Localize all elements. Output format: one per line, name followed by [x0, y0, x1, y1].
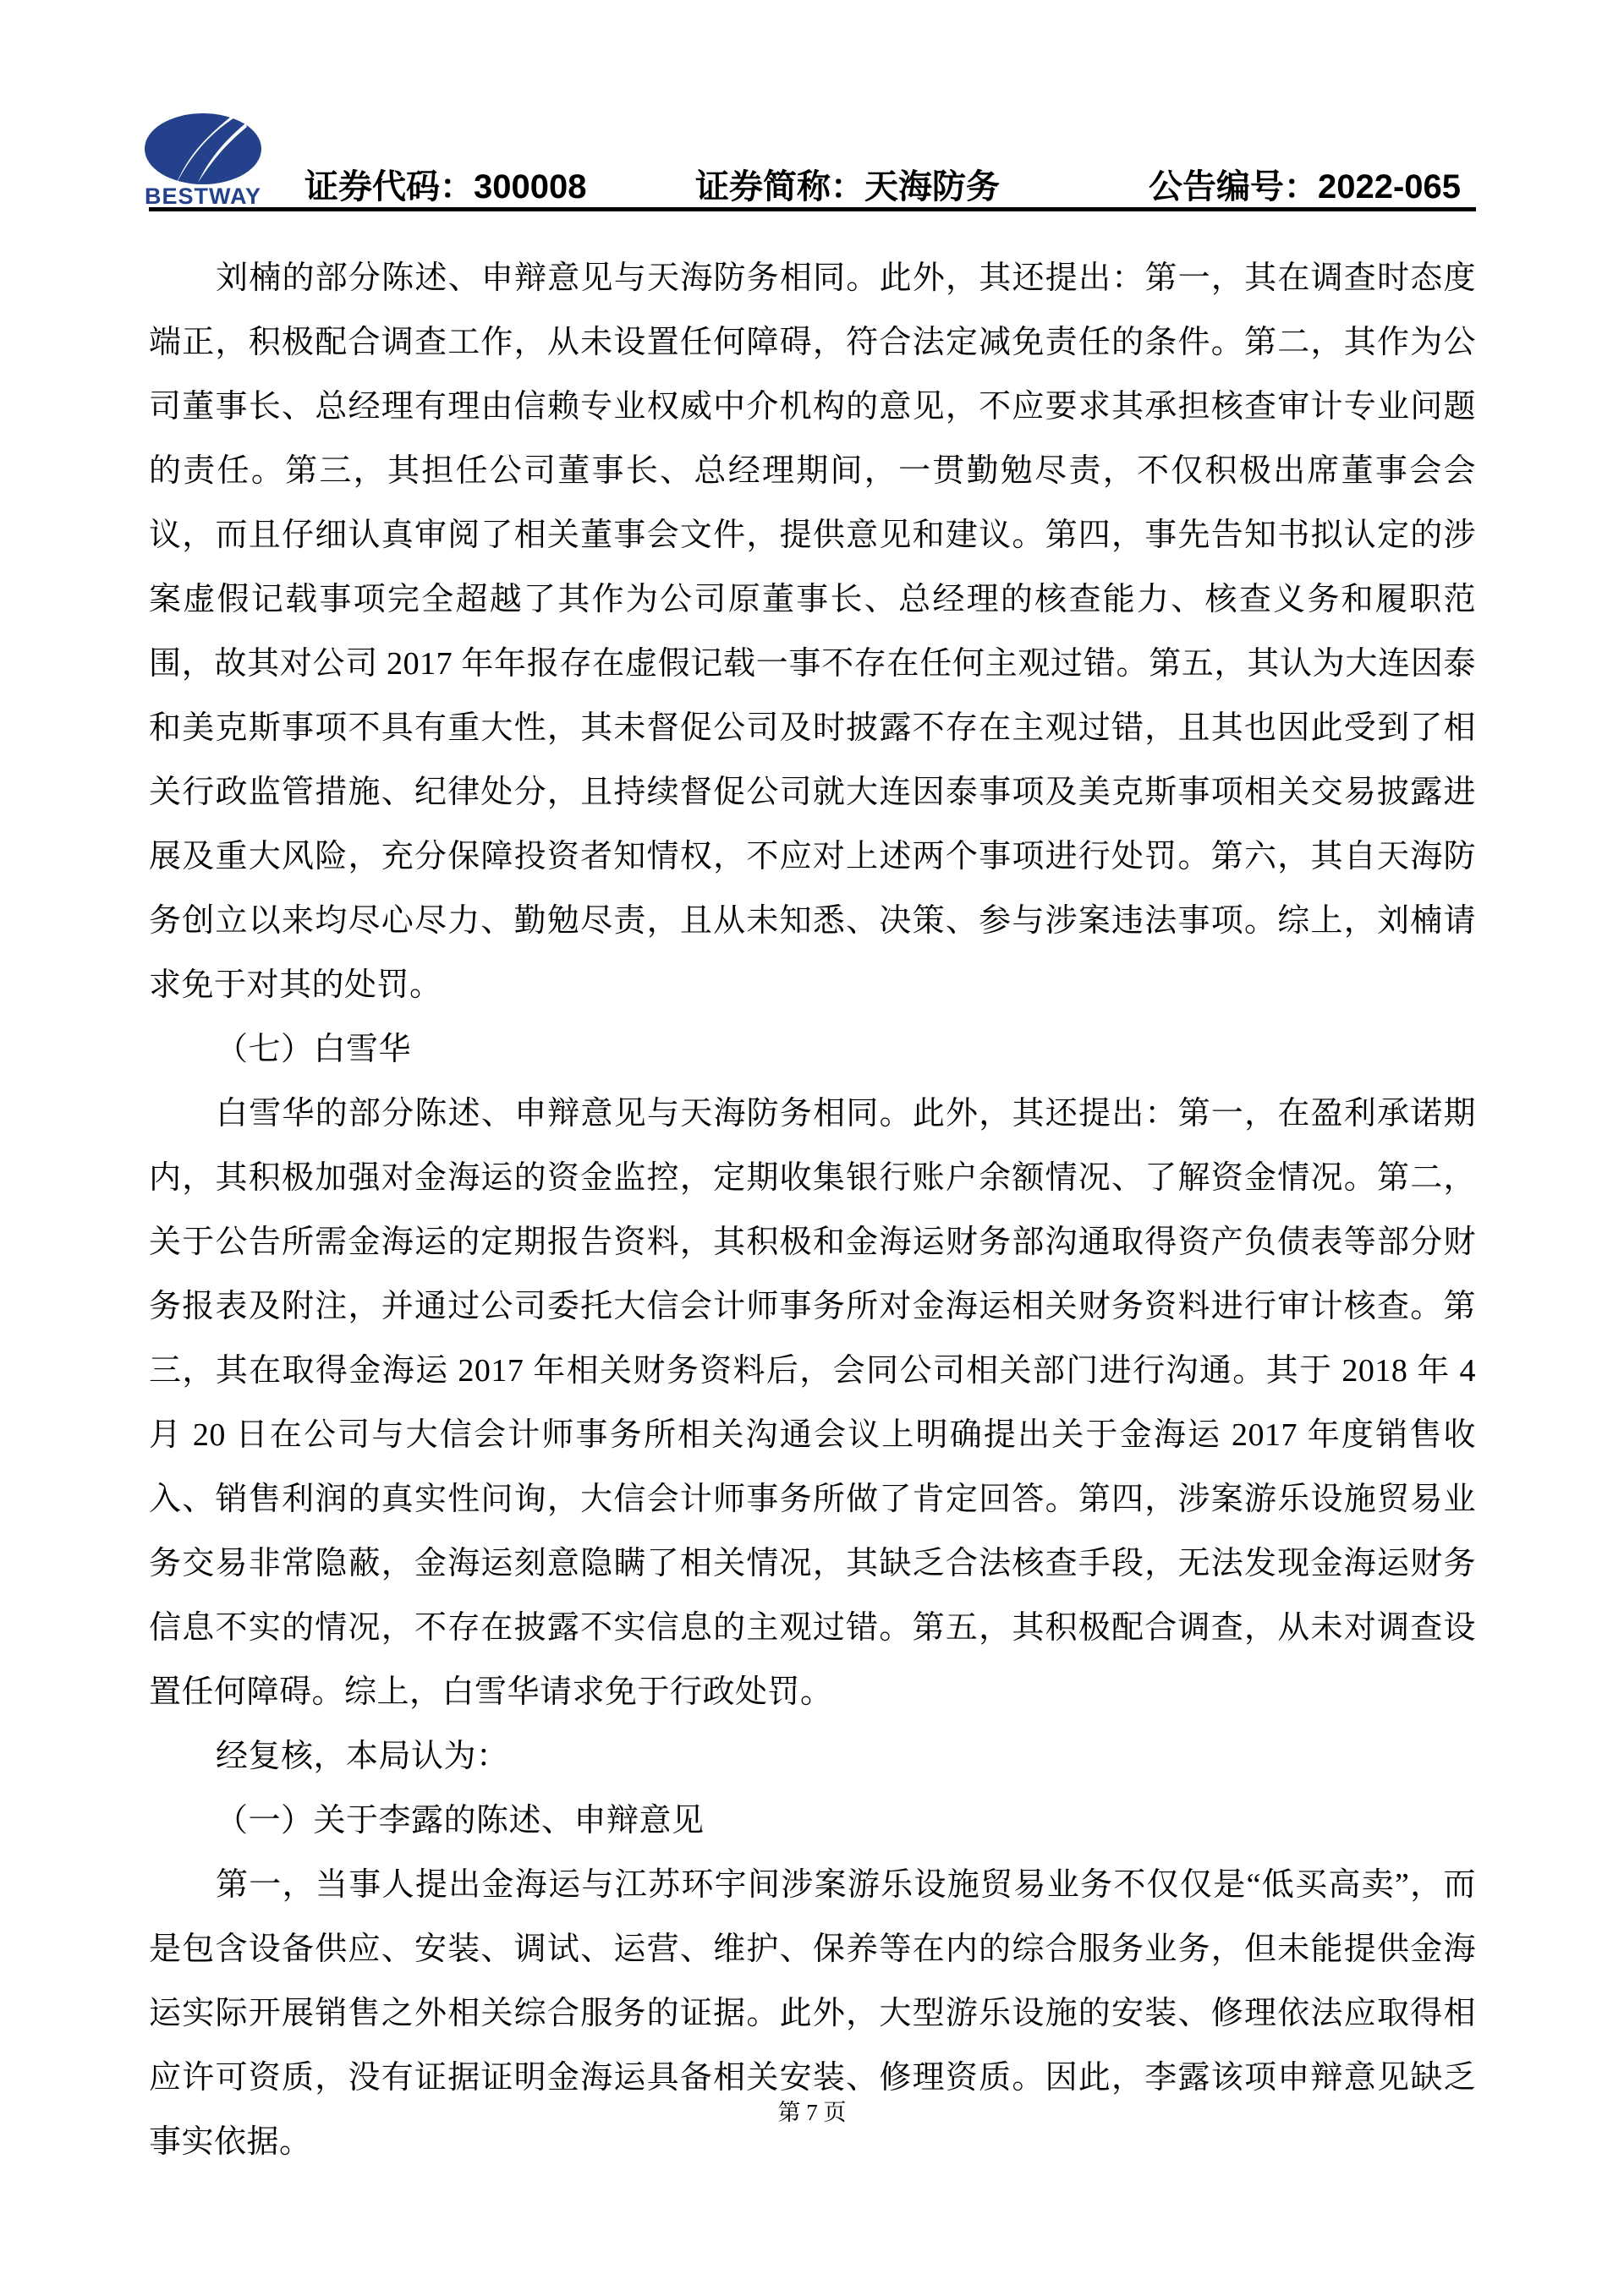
page-number: 第 7 页: [0, 2096, 1624, 2129]
body-paragraph-liu-nan-defense: 刘楠的部分陈述、申辩意见与天海防务相同。此外，其还提出：第一，其在调查时态度端正…: [149, 246, 1476, 1017]
body-heading-bai-xue-hua: （七）白雪华: [149, 1017, 1476, 1082]
stock-short-name: 证券简称：天海防务: [695, 166, 1000, 208]
body-paragraph-bai-xue-hua-defense: 白雪华的部分陈述、申辩意见与天海防务相同。此外，其还提出：第一，在盈利承诺期内，…: [149, 1082, 1476, 1724]
announcement-number: 公告编号：2022-065: [1149, 166, 1461, 208]
body-paragraph-review-intro: 经复核，本局认为：: [149, 1724, 1476, 1789]
stock-code: 证券代码：300008: [304, 166, 586, 208]
header-divider: [149, 207, 1476, 211]
bestway-brand-label: BESTWAY: [145, 184, 261, 210]
body-heading-li-lu-opinion: （一）关于李露的陈述、申辩意见: [149, 1789, 1476, 1853]
document-page: BESTWAY 证券代码：300008 证券简称：天海防务 公告编号：2022-…: [0, 0, 1624, 2296]
document-header: BESTWAY 证券代码：300008 证券简称：天海防务 公告编号：2022-…: [0, 0, 1624, 211]
document-body: 刘楠的部分陈述、申辩意见与天海防务相同。此外，其还提出：第一，其在调查时态度端正…: [149, 246, 1476, 2174]
